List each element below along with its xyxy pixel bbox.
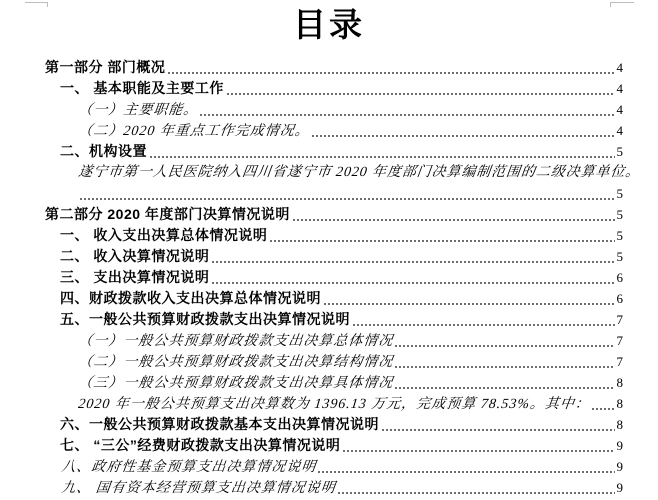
toc-page-number: 4: [617, 99, 624, 120]
toc-entry[interactable]: 遂宁市第一人民医院纳入四川省遂宁市 2020 年度部门决算编制范围的二级决算单位…: [0, 162, 658, 183]
toc-entry-text: 九、 国有资本经营预算支出决算情况说明: [60, 478, 337, 498]
dot-leader: [227, 93, 615, 95]
toc-entry-text: 五、一般公共预算财政拨款支出决算情况说明: [60, 309, 350, 330]
document-page: 目录 第一部分 部门概况 4 一、 基本职能及主要工作 4 （一）主要职能。 4…: [0, 0, 658, 500]
toc-page-number: 9: [617, 456, 624, 477]
dot-leader: [592, 408, 615, 410]
dot-leader: [212, 282, 614, 284]
toc-page-number: 6: [617, 267, 624, 288]
toc-entry[interactable]: 一、 收入支出决算总体情况说明 5: [0, 225, 658, 246]
toc-entry[interactable]: （二）2020 年重点工作完成情况。 4: [0, 120, 658, 141]
toc-entry-text: 二、 收入决算情况说明: [60, 246, 209, 267]
dot-leader: [382, 429, 615, 431]
toc-entry[interactable]: 三、 支出决算情况说明 6: [0, 267, 658, 288]
toc-page-number: 5: [617, 225, 624, 246]
toc-entry[interactable]: （一）主要职能。 4: [0, 99, 658, 120]
toc-page-number: 7: [617, 330, 624, 351]
dot-leader: [318, 471, 615, 473]
toc-entry[interactable]: （二）一般公共预算财政拨款支出决算结构情况 7: [0, 351, 658, 372]
toc-entry[interactable]: 七、 “三公”经费财政拨款支出决算情况说明 9: [0, 435, 658, 456]
toc-page-number: 4: [617, 120, 624, 141]
toc-entry[interactable]: 五、一般公共预算财政拨款支出决算情况说明 7: [0, 309, 658, 330]
dot-leader: [312, 135, 615, 137]
toc-entry[interactable]: 第一部分 部门概况 4: [0, 57, 658, 78]
toc-entry[interactable]: （一）一般公共预算财政拨款支出决算总体情况 7: [0, 330, 658, 351]
toc-entry-text: 七、 “三公”经费财政拨款支出决算情况说明: [60, 435, 340, 456]
dot-leader: [395, 387, 615, 389]
toc-page-number: 9: [617, 435, 624, 456]
toc-entry[interactable]: 四、财政拨款收入支出决算总体情况说明 6: [0, 288, 658, 309]
dot-leader: [338, 492, 615, 494]
toc-entry-text: （三）一般公共预算财政拨款支出决算具体情况: [77, 373, 395, 393]
toc-page-number: 6: [617, 288, 624, 309]
toc-entry-text: 二、机构设置: [60, 141, 147, 162]
page-title: 目录: [0, 4, 658, 46]
toc-entry-text: （二）一般公共预算财政拨款支出决算结构情况: [77, 352, 395, 372]
toc-list: 第一部分 部门概况 4 一、 基本职能及主要工作 4 （一）主要职能。 4 （二…: [0, 57, 658, 498]
toc-entry[interactable]: 八、政府性基金预算支出决算情况说明 9: [0, 456, 658, 477]
dot-leader: [150, 156, 615, 158]
toc-page-number: 7: [617, 351, 624, 372]
dot-leader: [324, 303, 615, 305]
dot-leader: [168, 72, 614, 74]
dot-leader: [395, 345, 615, 347]
dot-leader: [80, 198, 615, 200]
toc-entry-text: 第一部分 部门概况: [45, 57, 165, 78]
toc-entry[interactable]: 六、一般公共预算财政拨款基本支出决算情况说明 8: [0, 414, 658, 435]
toc-page-number: 8: [617, 393, 624, 414]
dot-leader: [270, 240, 614, 242]
toc-entry-text: 六、一般公共预算财政拨款基本支出决算情况说明: [60, 414, 379, 435]
toc-page-number: 5: [617, 204, 624, 225]
toc-page-number: 8: [617, 414, 624, 435]
toc-entry[interactable]: 九、 国有资本经营预算支出决算情况说明 9: [0, 477, 658, 498]
toc-entry[interactable]: （三）一般公共预算财政拨款支出决算具体情况 8: [0, 372, 658, 393]
toc-entry-text: 八、政府性基金预算支出决算情况说明: [60, 457, 318, 477]
toc-page-number: 5: [617, 141, 624, 162]
toc-entry-text: 一、 基本职能及主要工作: [60, 78, 224, 99]
toc-entry-continuation[interactable]: 5: [0, 183, 658, 204]
toc-page-number: 4: [617, 57, 624, 78]
toc-entry-text: （一）主要职能。: [77, 100, 200, 120]
dot-leader: [293, 219, 615, 221]
toc-entry-text: 三、 支出决算情况说明: [60, 267, 209, 288]
toc-page-number: 4: [617, 78, 624, 99]
dot-leader: [353, 324, 615, 326]
dot-leader: [395, 366, 615, 368]
dot-leader: [200, 114, 615, 116]
toc-entry[interactable]: 二、机构设置 5: [0, 141, 658, 162]
toc-entry[interactable]: 2020 年一般公共预算支出决算数为 1396.13 万元，完成预算 78.53…: [0, 393, 658, 414]
dot-leader: [343, 450, 614, 452]
dot-leader: [212, 261, 614, 263]
toc-entry-text: （二）2020 年重点工作完成情况。: [77, 121, 311, 141]
toc-page-number: 8: [617, 372, 624, 393]
toc-entry-text: 遂宁市第一人民医院纳入四川省遂宁市 2020 年度部门决算编制范围的二级决算单位…: [77, 162, 641, 183]
toc-entry-text: 第二部分 2020 年度部门决算情况说明: [45, 204, 290, 225]
toc-page-number: 5: [617, 246, 624, 267]
toc-entry[interactable]: 一、 基本职能及主要工作 4: [0, 78, 658, 99]
toc-entry[interactable]: 二、 收入决算情况说明 5: [0, 246, 658, 267]
toc-page-number: 5: [617, 183, 624, 204]
toc-entry-text: 一、 收入支出决算总体情况说明: [60, 225, 267, 246]
toc-page-number: 7: [617, 309, 624, 330]
toc-entry-text: 四、财政拨款收入支出决算总体情况说明: [60, 288, 321, 309]
toc-entry[interactable]: 第二部分 2020 年度部门决算情况说明 5: [0, 204, 658, 225]
toc-page-number: 9: [617, 477, 624, 498]
toc-entry-text: 2020 年一般公共预算支出决算数为 1396.13 万元，完成预算 78.53…: [77, 394, 591, 414]
toc-entry-text: （一）一般公共预算财政拨款支出决算总体情况: [77, 331, 395, 351]
